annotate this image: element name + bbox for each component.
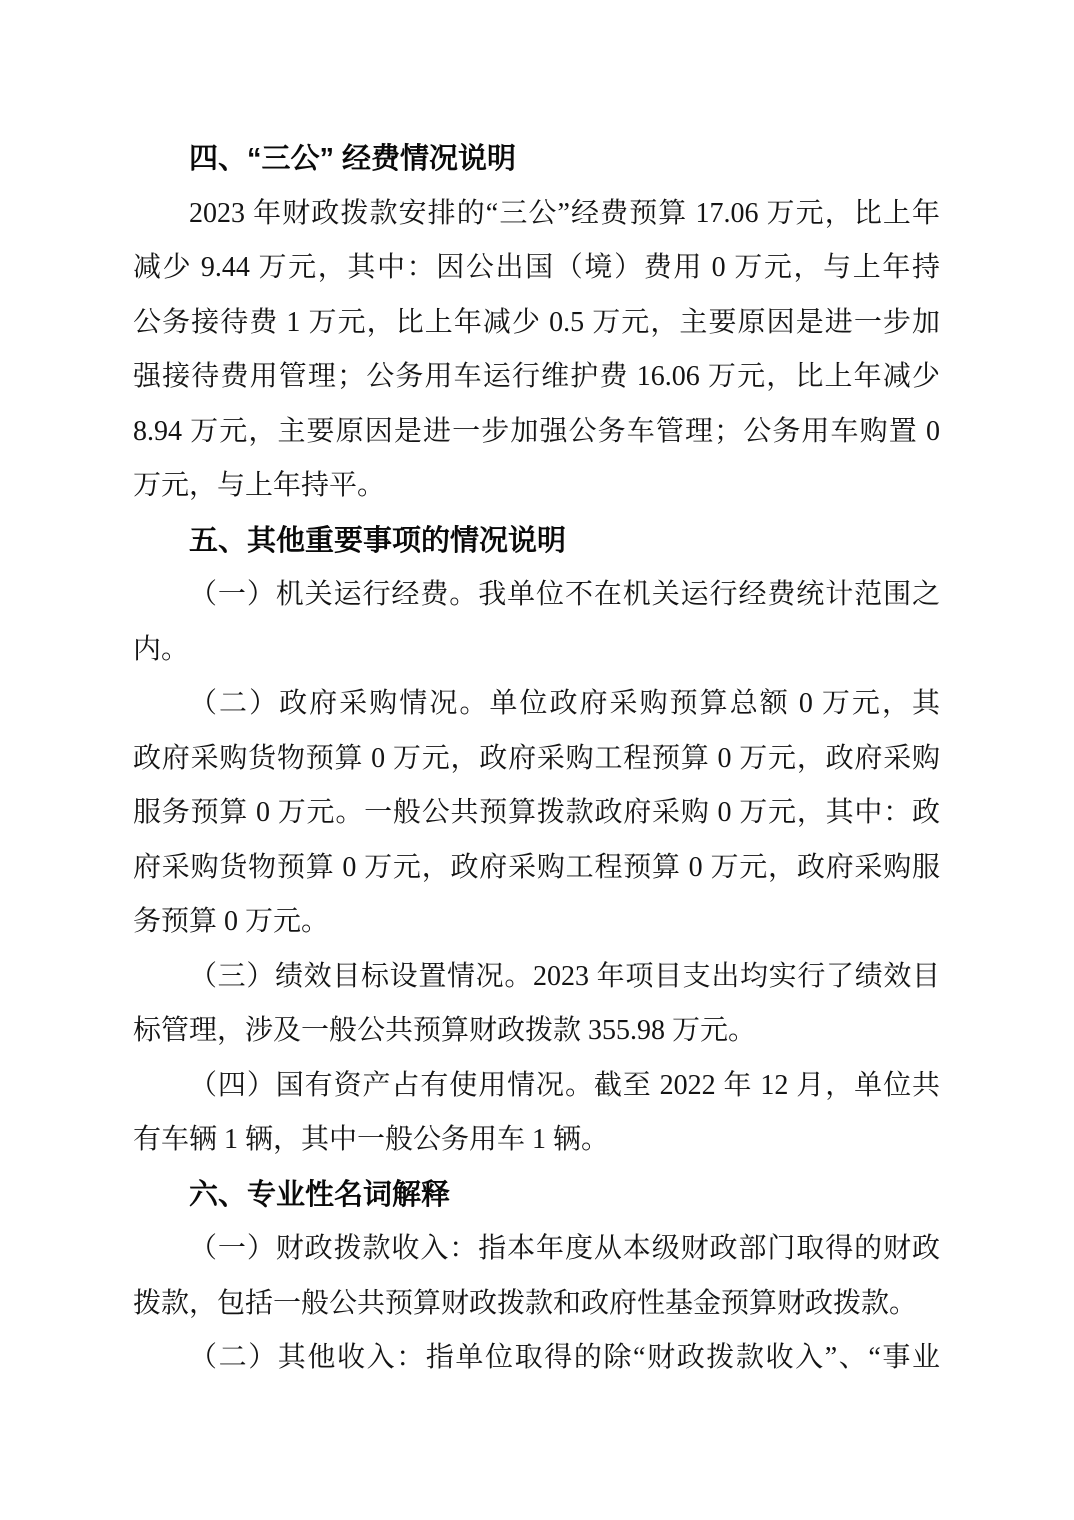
paragraph-line: 强接待费用管理；公务用车运行维护费 16.06 万元，比上年减少 xyxy=(133,350,940,405)
paragraph-line: （三）绩效目标设置情况。2023 年项目支出均实行了绩效目 xyxy=(133,950,940,1005)
paragraph-line: （一）财政拨款收入：指本年度从本级财政部门取得的财政 xyxy=(133,1222,940,1277)
section-heading: 四、“三公” 经费情况说明 xyxy=(133,132,940,187)
paragraph-line: 拨款，包括一般公共预算财政拨款和政府性基金预算财政拨款。 xyxy=(133,1277,940,1332)
document-text-block: 四、“三公” 经费情况说明2023 年财政拨款安排的“三公”经费预算 17.06… xyxy=(133,132,940,1386)
paragraph-line: 府采购货物预算 0 万元，政府采购工程预算 0 万元，政府采购服 xyxy=(133,841,940,896)
section-heading: 五、其他重要事项的情况说明 xyxy=(133,514,940,569)
paragraph-line: 服务预算 0 万元。一般公共预算拨款政府采购 0 万元，其中：政 xyxy=(133,786,940,841)
paragraph-line: （一）机关运行经费。我单位不在机关运行经费统计范围之 xyxy=(133,568,940,623)
document-page: 四、“三公” 经费情况说明2023 年财政拨款安排的“三公”经费预算 17.06… xyxy=(0,0,1074,1520)
paragraph-line: （四）国有资产占有使用情况。截至 2022 年 12 月，单位共 xyxy=(133,1059,940,1114)
paragraph-line: 内。 xyxy=(133,623,940,678)
paragraph-line: 8.94 万元，主要原因是进一步加强公务车管理；公务用车购置 0 xyxy=(133,405,940,460)
section-heading: 六、专业性名词解释 xyxy=(133,1168,940,1223)
paragraph-line: 公务接待费 1 万元，比上年减少 0.5 万元，主要原因是进一步加 xyxy=(133,296,940,351)
paragraph-line: 2023 年财政拨款安排的“三公”经费预算 17.06 万元，比上年 xyxy=(133,187,940,242)
paragraph-line: 有车辆 1 辆，其中一般公务用车 1 辆。 xyxy=(133,1113,940,1168)
paragraph-line: 政府采购货物预算 0 万元，政府采购工程预算 0 万元，政府采购 xyxy=(133,732,940,787)
paragraph-line: 务预算 0 万元。 xyxy=(133,895,940,950)
paragraph-line: 万元，与上年持平。 xyxy=(133,459,940,514)
paragraph-line: （二）政府采购情况。单位政府采购预算总额 0 万元，其中： xyxy=(133,677,940,732)
paragraph-line: （二）其他收入：指单位取得的除“财政拨款收入”、“事业 xyxy=(133,1331,940,1386)
paragraph-line: 标管理，涉及一般公共预算财政拨款 355.98 万元。 xyxy=(133,1004,940,1059)
paragraph-line: 减少 9.44 万元，其中：因公出国（境）费用 0 万元，与上年持平； xyxy=(133,241,940,296)
